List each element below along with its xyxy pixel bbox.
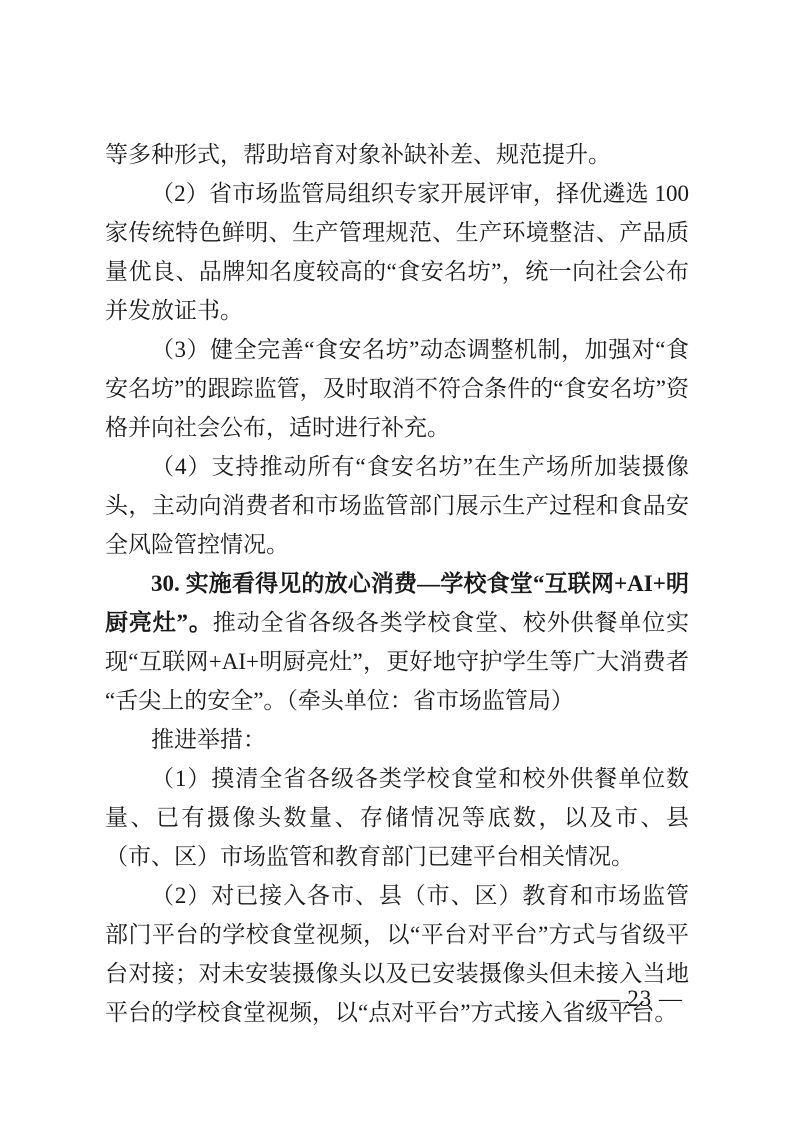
paragraph-measure-30: 30. 实施看得见的放心消费—学校食堂“互联网+AI+明厨亮灶”。推动全省各级各… [105,564,689,720]
paragraph-measure-item-1: （1）摸清全省各级各类学校食堂和校外供餐单位数量、已有摄像头数量、存储情况等底数… [105,759,689,876]
paragraph-item-4: （4）支持推动所有“食安名坊”在生产场所加装摄像头，主动向消费者和市场监管部门展… [105,447,689,564]
page-number: — 23 — [597,986,684,1012]
document-body: 等多种形式，帮助培育对象补缺补差、规范提升。 （2）省市场监管局组织专家开展评审… [105,135,689,1032]
measure-30-lead-unit: （牵头单位：省市场监管局） [286,688,574,713]
paragraph-item-3: （3）健全完善“食安名坊”动态调整机制，加强对“食安名坊”的跟踪监管，及时取消不… [105,330,689,447]
paragraph-continuation: 等多种形式，帮助培育对象补缺补差、规范提升。 [105,135,689,174]
paragraph-measures-heading: 推进举措： [105,720,689,759]
paragraph-item-2: （2）省市场监管局组织专家开展评审，择优遴选 100 家传统特色鲜明、生产管理规… [105,174,689,330]
document-page: 等多种形式，帮助培育对象补缺补差、规范提升。 （2）省市场监管局组织专家开展评审… [0,0,793,1122]
